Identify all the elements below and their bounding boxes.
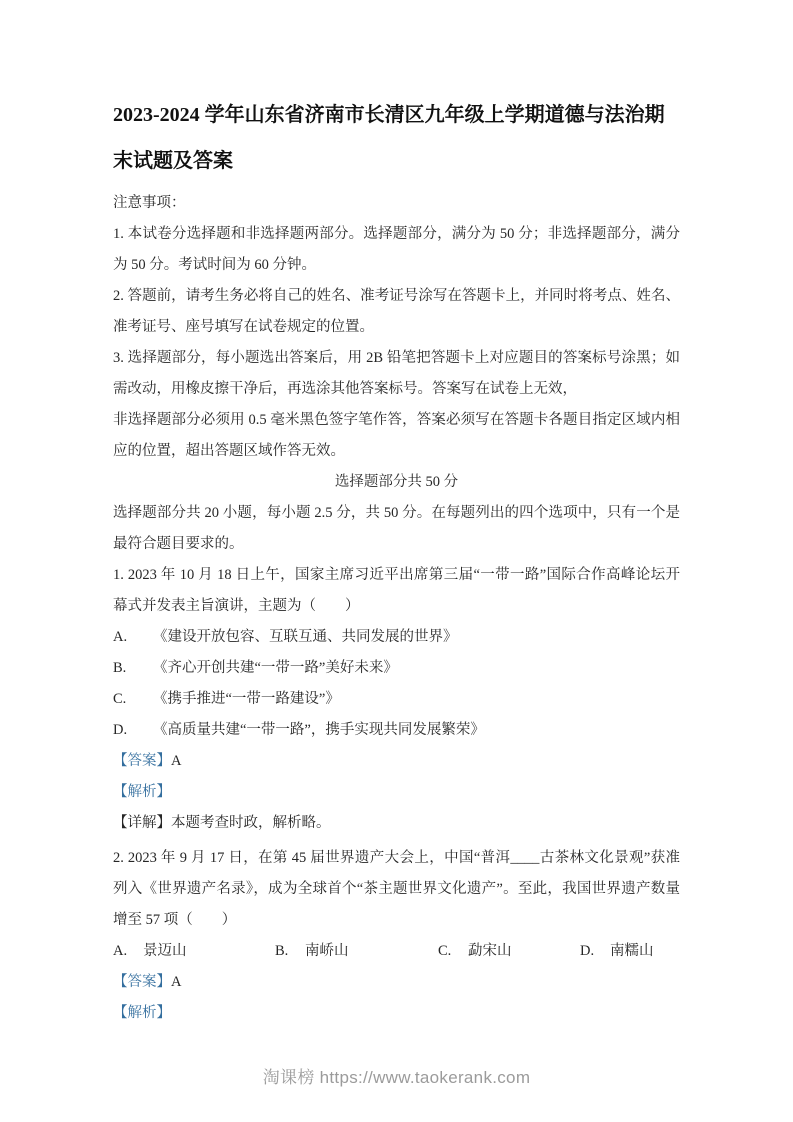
answer-label: 【答案】	[113, 753, 171, 769]
option-text: 《建设开放包容、互联互通、共同发展的世界》	[153, 622, 458, 653]
analysis-label: 【解析】	[113, 1005, 171, 1021]
answer-label: 【答案】	[113, 974, 171, 990]
question-2-option-a: A. 景迈山	[113, 936, 275, 967]
detail-label: 【详解】	[113, 815, 171, 831]
notice-item-2: 2. 答题前，请考生务必将自己的姓名、准考证号涂写在答题卡上，并同时将考点、姓名…	[113, 281, 680, 343]
option-letter: A.	[113, 936, 143, 967]
question-1-option-d: D. 《高质量共建“一带一路”，携手实现共同发展繁荣》	[113, 715, 680, 746]
notice-item-4: 非选择题部分必须用 0.5 毫米黑色签字笔作答，答案必须写在答题卡各题目指定区域…	[113, 405, 680, 467]
question-2-option-c: C. 勐宋山	[438, 936, 580, 967]
footer-watermark: 淘课榜 https://www.taokerank.com	[0, 1063, 793, 1088]
page-title: 2023-2024 学年山东省济南市长清区九年级上学期道德与法治期末试题及答案	[113, 92, 680, 184]
exam-document-page: 2023-2024 学年山东省济南市长清区九年级上学期道德与法治期末试题及答案 …	[0, 0, 793, 1122]
option-text: 景迈山	[143, 936, 187, 967]
question-2-answer-line: 【答案】A	[113, 967, 680, 998]
question-2-option-b: B. 南峤山	[275, 936, 438, 967]
option-letter: D.	[113, 715, 153, 746]
question-2-option-d: D. 南糯山	[580, 936, 680, 967]
question-2: 2. 2023 年 9 月 17 日，在第 45 届世界遗产大会上，中国“普洱_…	[113, 843, 680, 1029]
option-letter: B.	[275, 936, 305, 967]
question-1-option-c: C. 《携手推进“一带一路建设”》	[113, 684, 680, 715]
section-intro: 选择题部分共 20 小题，每小题 2.5 分，共 50 分。在每题列出的四个选项…	[113, 498, 680, 560]
question-1-analysis-line: 【解析】	[113, 777, 680, 808]
answer-value: A	[171, 974, 181, 990]
question-2-options-row: A. 景迈山 B. 南峤山 C. 勐宋山 D. 南糯山	[113, 936, 680, 967]
notice-heading: 注意事项：	[113, 188, 680, 219]
question-1-stem: 1. 2023 年 10 月 18 日上午，国家主席习近平出席第三届“一带一路”…	[113, 560, 680, 622]
option-letter: A.	[113, 622, 153, 653]
analysis-label: 【解析】	[113, 784, 171, 800]
option-text: 《携手推进“一带一路建设”》	[153, 684, 340, 715]
answer-value: A	[171, 753, 181, 769]
option-letter: C.	[113, 684, 153, 715]
question-1-option-b: B. 《齐心开创共建“一带一路”美好未来》	[113, 653, 680, 684]
option-text: 南峤山	[305, 936, 349, 967]
option-letter: D.	[580, 936, 610, 967]
question-1-detail-line: 【详解】本题考查时政，解析略。	[113, 808, 680, 839]
question-1-answer-line: 【答案】A	[113, 746, 680, 777]
section-heading: 选择题部分共 50 分	[113, 467, 680, 498]
option-text: 南糯山	[610, 936, 654, 967]
notice-item-3: 3. 选择题部分，每小题选出答案后，用 2B 铅笔把答题卡上对应题目的答案标号涂…	[113, 343, 680, 405]
question-2-stem: 2. 2023 年 9 月 17 日，在第 45 届世界遗产大会上，中国“普洱_…	[113, 843, 680, 936]
question-1-option-a: A. 《建设开放包容、互联互通、共同发展的世界》	[113, 622, 680, 653]
option-text: 《齐心开创共建“一带一路”美好未来》	[153, 653, 398, 684]
question-1: 1. 2023 年 10 月 18 日上午，国家主席习近平出席第三届“一带一路”…	[113, 560, 680, 839]
option-letter: C.	[438, 936, 468, 967]
detail-text: 本题考查时政，解析略。	[171, 815, 331, 831]
option-letter: B.	[113, 653, 153, 684]
notice-item-1: 1. 本试卷分选择题和非选择题两部分。选择题部分，满分为 50 分；非选择题部分…	[113, 219, 680, 281]
question-2-analysis-line: 【解析】	[113, 998, 680, 1029]
option-text: 《高质量共建“一带一路”，携手实现共同发展繁荣》	[153, 715, 485, 746]
option-text: 勐宋山	[468, 936, 512, 967]
